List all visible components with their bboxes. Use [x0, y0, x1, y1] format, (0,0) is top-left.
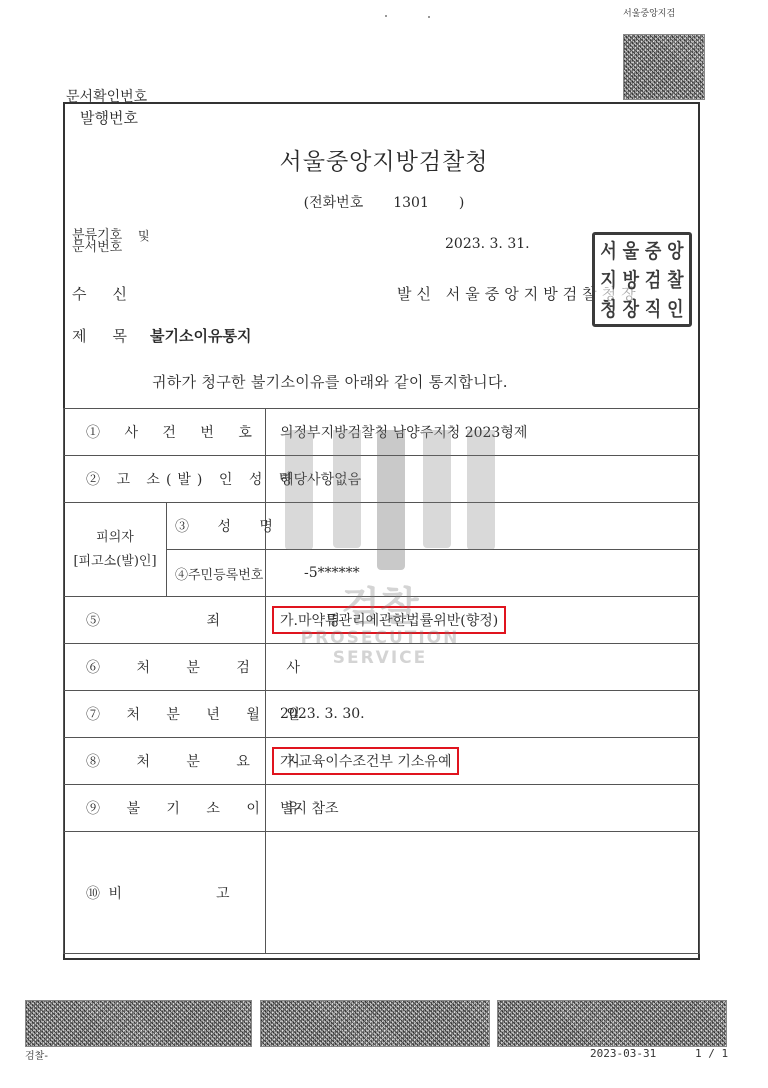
- seal-character: 앙: [665, 236, 686, 268]
- official-seal-stamp: 서울중앙지방검찰청장직인: [592, 232, 692, 327]
- notice-table: ① 사 건 번 호 의정부지방검찰청 남양주지청 2023형제 ② 고 소(발)…: [63, 408, 700, 954]
- rrn-value: -5******: [266, 550, 700, 597]
- complainant-value: 해당사항없음: [266, 456, 700, 503]
- disposition-date-value: 2023. 3. 30.: [266, 691, 700, 738]
- remarks-label: ⑩ 비고: [64, 832, 266, 954]
- table-row: ⑩ 비고: [64, 832, 700, 954]
- remarks-label-1: ⑩ 비: [86, 886, 124, 902]
- seal-character: 직: [643, 294, 664, 326]
- seal-character: 검: [643, 265, 664, 297]
- subject-label: 제목: [72, 325, 153, 346]
- org-short-label: 서울중앙지검: [623, 6, 675, 19]
- table-row: ⑦ 처 분 년 월 일 2023. 3. 30.: [64, 691, 700, 738]
- seal-character: 방: [620, 265, 641, 297]
- table-row: ① 사 건 번 호 의정부지방검찰청 남양주지청 2023형제: [64, 409, 700, 456]
- disposition-cell: 가-교육이수조건부 기소유예: [266, 738, 700, 785]
- remarks-label-2: 고: [216, 886, 232, 902]
- classification-label-line2: 문서번호: [72, 242, 122, 254]
- case-number-value: 의정부지방검찰청 남양주지청 2023형제: [266, 409, 700, 456]
- table-row: ⑧ 처 분 요 지 가-교육이수조건부 기소유예: [64, 738, 700, 785]
- disposition-value: 가-교육이수조건부 기소유예: [272, 747, 459, 775]
- seal-character: 찰: [665, 265, 686, 297]
- footer-page-number: 1 / 1: [695, 1047, 728, 1060]
- name-value: [266, 503, 700, 550]
- classification-label: 분류기호 문서번호 및: [72, 230, 122, 254]
- complainant-label: ② 고 소(발) 인 성 명: [64, 456, 266, 503]
- footer-barcode-1: [25, 1000, 252, 1047]
- suspect-label-sub: [피고소(발)인]: [68, 550, 162, 574]
- disposition-label: ⑧ 처 분 요 지: [64, 738, 266, 785]
- notice-text: 귀하가 청구한 불기소이유를 아래와 같이 통지합니다.: [152, 371, 508, 392]
- remarks-value: [266, 832, 700, 954]
- rrn-label: ④주민등록번호: [167, 550, 266, 597]
- charge-label: ⑤ 죄 명: [64, 597, 266, 644]
- disposition-date-label: ⑦ 처 분 년 월 일: [64, 691, 266, 738]
- case-number-label: ① 사 건 번 호: [64, 409, 266, 456]
- seal-character: 서: [598, 236, 619, 268]
- agency-title: 서울중앙지방검찰청: [0, 143, 768, 176]
- recipient-label: 수신: [72, 283, 153, 304]
- verification-barcode: [623, 34, 705, 100]
- phone-line: (전화번호1301): [0, 192, 768, 212]
- subject: 불기소이유통지: [150, 325, 251, 346]
- table-row: 피의자 [피고소(발)인] ③ 성 명: [64, 503, 700, 550]
- prosecutor-label: ⑥ 처 분 검 사: [64, 644, 266, 691]
- seal-character: 지: [598, 265, 619, 297]
- charge-cell: 가.마약류관리에관한법률위반(향정): [266, 597, 700, 644]
- table-row: ⑨ 불 기 소 이 유 별지 참조: [64, 785, 700, 832]
- seal-character: 장: [620, 294, 641, 326]
- footer-barcode-3: [497, 1000, 727, 1047]
- seal-character: 청: [598, 294, 619, 326]
- footer-barcode-2: [260, 1000, 490, 1047]
- suspect-label-main: 피의자: [68, 526, 162, 550]
- footer-doc-code: 검찰-: [25, 1047, 48, 1062]
- table-row: ⑥ 처 분 검 사: [64, 644, 700, 691]
- reason-label: ⑨ 불 기 소 이 유: [64, 785, 266, 832]
- phone-close: ): [459, 195, 464, 211]
- seal-character: 중: [643, 236, 664, 268]
- phone-label: (전화번호: [304, 195, 364, 211]
- table-row: ⑤ 죄 명 가.마약류관리에관한법률위반(향정): [64, 597, 700, 644]
- table-row: ② 고 소(발) 인 성 명 해당사항없음: [64, 456, 700, 503]
- phone-number: 1301: [393, 195, 429, 211]
- name-label: ③ 성 명: [167, 503, 266, 550]
- seal-character: 인: [665, 294, 686, 326]
- suspect-label: 피의자 [피고소(발)인]: [64, 503, 167, 597]
- footer-date: 2023-03-31: [590, 1047, 656, 1060]
- scan-speck: [385, 15, 387, 17]
- reason-value: 별지 참조: [266, 785, 700, 832]
- document-date: 2023. 3. 31.: [445, 236, 530, 252]
- charge-value: 가.마약류관리에관한법률위반(향정): [272, 606, 506, 634]
- issue-number-label: 발행번호: [80, 107, 138, 128]
- prosecutor-value: [266, 644, 700, 691]
- scan-speck: [428, 16, 430, 18]
- seal-character: 울: [620, 236, 641, 268]
- classification-label-and: 및: [138, 230, 150, 242]
